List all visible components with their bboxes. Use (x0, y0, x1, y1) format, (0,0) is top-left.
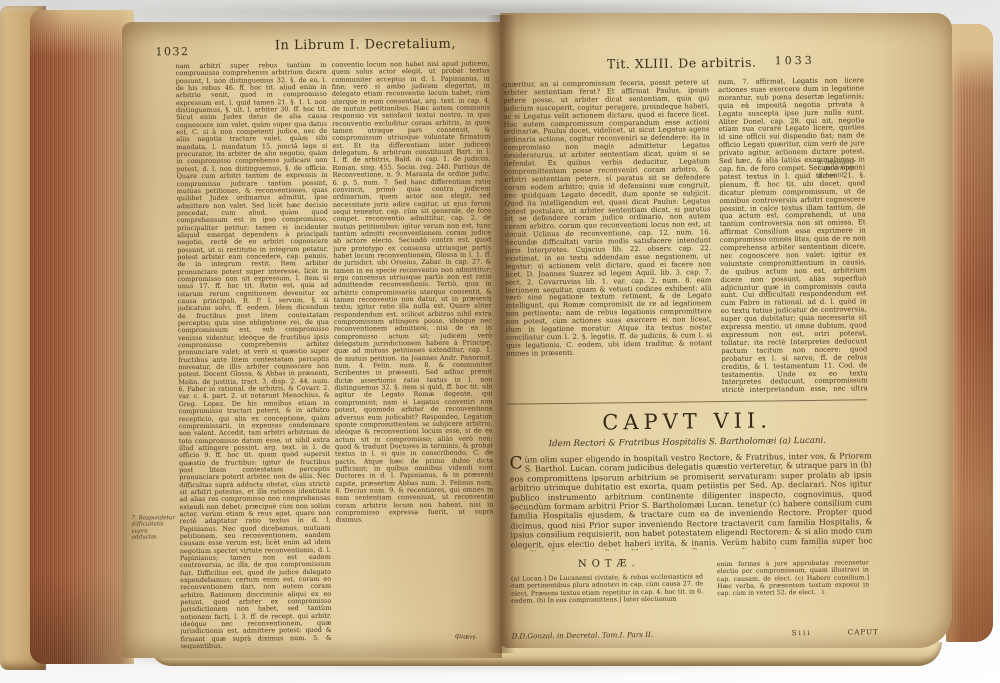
left-text-column-2: conventio locum non habet nisi apud judi… (332, 60, 495, 647)
left-page: 1032 In Librum I. Decretalium, nam arbit… (122, 22, 502, 658)
chapter-body-text: ùm olim super eligendo in hospitali vest… (510, 451, 873, 551)
chapter-drop-cap: C (510, 455, 525, 471)
left-text-column-1: nam arbitri super rebus tantùm in compro… (176, 62, 332, 649)
signature-mark: Siii (792, 628, 812, 637)
left-page-number: 1032 (155, 45, 189, 58)
left-page-content: 1032 In Librum I. Decretalium, nam arbit… (122, 22, 502, 658)
section-rule (507, 399, 867, 404)
right-page-content: Tit. XLIII. De arbitris. 1033 quæritur, … (500, 13, 952, 648)
left-running-title: In Librum I. Decretalium, (239, 36, 491, 53)
right-page-number: 1033 (775, 54, 815, 67)
footer-catchword: CAPUT (848, 627, 879, 636)
footer-source: D.D.Gonzal. in Decretal. Tom.I. Pars II. (512, 630, 654, 641)
right-margin-note: 8. Intelligitur l. qui arbiter, ff. hoc … (818, 159, 858, 179)
right-text-column-1: quæritur, an si compromissum feceris, po… (503, 79, 713, 397)
left-fore-edge-pages (30, 10, 134, 664)
book-photo: 1032 In Librum I. Decretalium, nam arbit… (0, 0, 1000, 683)
right-page: Tit. XLIII. De arbitris. 1033 quæritur, … (500, 13, 952, 648)
right-text-column-2: num, 7. affirmat, Legatis non licere act… (718, 77, 868, 395)
notae-column-1: (a) Lucan.] De Lucanensi civitate, & reb… (511, 573, 704, 637)
notae-column-2: enim formas à jure approbatas recensetur… (717, 559, 870, 635)
chapter-heading: CAPVT VII. (507, 407, 867, 435)
right-running-title: Tit. XLIII. De arbitris. (557, 54, 807, 72)
notae-heading: NOTÆ. (509, 557, 709, 570)
right-fore-edge-pages (946, 24, 993, 642)
chapter-body: Cùm olim super eligendo in hospitali ves… (510, 451, 873, 551)
left-margin-note: 7. Respondetur difficultatis supra adduc… (132, 515, 176, 541)
notae-margin-note: 1. (821, 590, 841, 597)
chapter-subtitle: Idem Rectori & Fratribus Hospitalis S. B… (507, 435, 867, 449)
